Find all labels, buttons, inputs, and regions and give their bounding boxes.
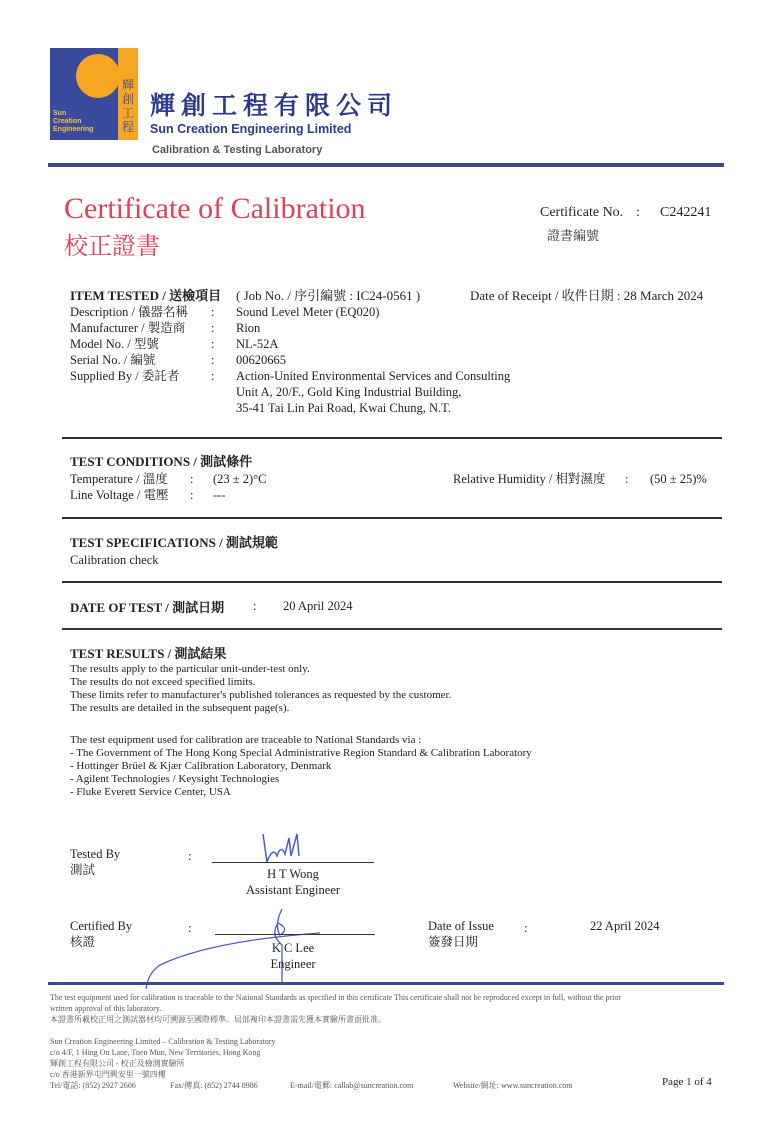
conditions-values: (23 ± 2)°C ---: [213, 471, 267, 503]
test-conditions-heading: TEST CONDITIONS / 測試條件: [70, 451, 252, 470]
date-of-test-value: 20 April 2024: [283, 598, 352, 614]
footer-tel: Tel/電話: (852) 2927 2606: [50, 1080, 136, 1091]
footer-divider: [48, 982, 724, 985]
certified-name: K C Lee: [213, 940, 373, 956]
sun-circle-icon: [76, 54, 118, 98]
tested-name: H T Wong: [212, 866, 374, 882]
section-divider: [62, 628, 722, 630]
results-statements: The results apply to the particular unit…: [70, 663, 451, 715]
company-name-en: Sun Creation Engineering Limited: [150, 122, 351, 136]
logo-blue-block: Sun Creation Engineering: [50, 48, 118, 140]
cert-no-value: C242241: [660, 205, 711, 221]
footer-address: Sun Creation Engineering Limited – Calib…: [50, 1036, 275, 1080]
company-name-zh: 輝創工程有限公司: [150, 86, 398, 122]
certified-by-label: Certified By核證: [70, 918, 132, 950]
tested-by-label: Tested By測試: [70, 846, 120, 878]
manufacturer-value: Rion: [236, 320, 510, 336]
model-value: NL-52A: [236, 336, 510, 352]
footer-email[interactable]: E-mail/電郵: callab@suncreation.com: [290, 1080, 413, 1091]
humidity-label: Relative Humidity / 相對濕度: [453, 471, 605, 487]
logo-zh-text: 輝創工程: [120, 78, 136, 134]
section-divider: [62, 437, 722, 439]
temperature-value: (23 ± 2)°C: [213, 471, 267, 487]
job-no: ( Job No. / 序引編號 : IC24-0561 ): [236, 285, 420, 304]
certified-signature-line: [215, 934, 375, 935]
item-tested-heading: ITEM TESTED / 送檢項目: [70, 285, 221, 304]
traceability-list: The test equipment used for calibration …: [70, 734, 532, 799]
cert-no-colon: :: [636, 205, 640, 221]
tested-signature-line: [212, 862, 374, 863]
page-number: Page 1 of 4: [662, 1076, 712, 1088]
supplier-address-1: Unit A, 20/F., Gold King Industrial Buil…: [236, 384, 510, 400]
tested-title: Assistant Engineer: [212, 882, 374, 898]
lab-name: Calibration & Testing Laboratory: [152, 144, 322, 156]
issue-date-label: Date of Issue簽發日期: [428, 918, 494, 950]
header-divider: [48, 163, 724, 167]
certified-title: Engineer: [213, 956, 373, 972]
footer-fax: Fax/傳真: (852) 2744 8986: [170, 1080, 258, 1091]
footer-website[interactable]: Website/網址: www.suncreation.com: [453, 1080, 572, 1091]
voltage-value: ---: [213, 487, 267, 503]
cert-no-label-zh: 證書編號: [547, 225, 599, 244]
certificate-title-zh: 校正證書: [64, 226, 160, 261]
supplier-value: Action-United Environmental Services and…: [236, 368, 510, 384]
humidity-value: (50 ± 25)%: [650, 471, 707, 487]
date-of-test-heading: DATE OF TEST / 測試日期: [70, 597, 224, 616]
certificate-title: Certificate of Calibration: [64, 192, 366, 226]
signature-ht-wong-icon: [255, 826, 325, 871]
item-field-labels: Description / 儀器名稱 Manufacturer / 製造商 Mo…: [70, 304, 188, 384]
section-divider: [62, 517, 722, 519]
cert-no-label: Certificate No.: [540, 205, 623, 221]
company-logo: Sun Creation Engineering 輝創工程: [50, 48, 138, 140]
item-field-colons: :::::: [211, 304, 214, 384]
logo-text: Sun Creation Engineering: [53, 110, 93, 134]
footer-disclaimer: The test equipment used for calibration …: [50, 992, 730, 1025]
conditions-labels: Temperature / 溫度 Line Voltage / 電壓: [70, 471, 169, 503]
description-value: Sound Level Meter (EQ020): [236, 304, 510, 320]
test-specs-heading: TEST SPECIFICATIONS / 測試規範: [70, 532, 278, 551]
test-results-heading: TEST RESULTS / 測試結果: [70, 643, 226, 662]
test-specs-value: Calibration check: [70, 552, 159, 568]
serial-value: 00620665: [236, 352, 510, 368]
supplier-address-2: 35-41 Tai Lin Pai Road, Kwai Chung, N.T.: [236, 400, 510, 416]
issue-date-value: 22 April 2024: [590, 918, 659, 934]
date-of-receipt: Date of Receipt / 收件日期 : 28 March 2024: [470, 285, 703, 304]
section-divider: [62, 581, 722, 583]
item-field-values: Sound Level Meter (EQ020) Rion NL-52A 00…: [236, 304, 510, 416]
